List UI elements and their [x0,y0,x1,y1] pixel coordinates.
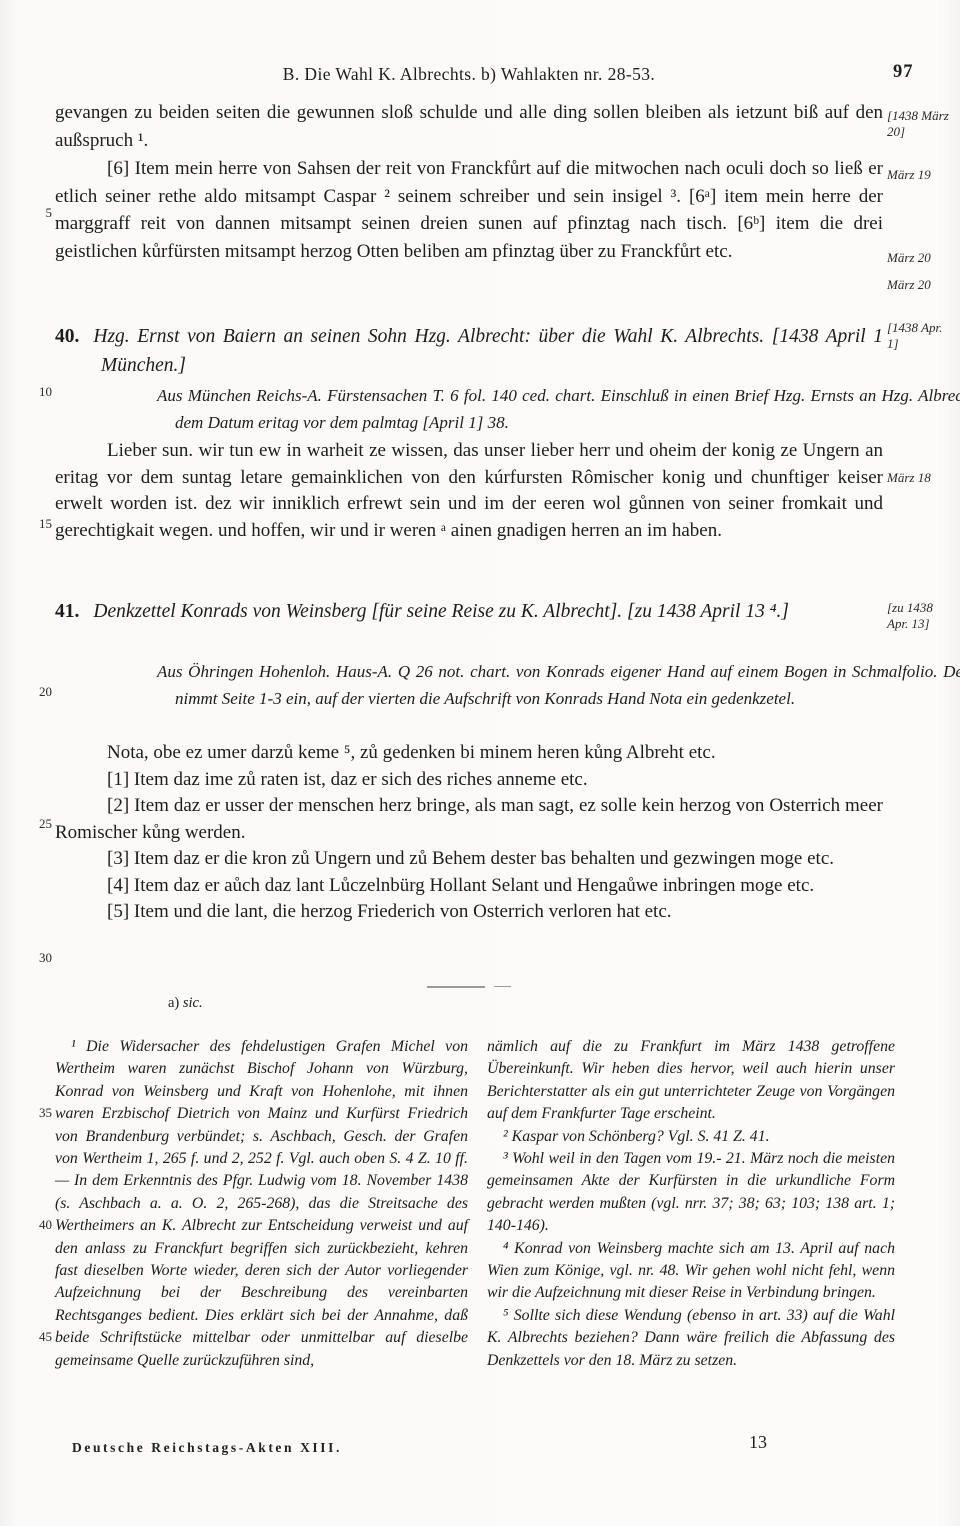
doc-40-heading: 40.Hzg. Ernst von Baiern an seinen Sohn … [55,322,883,380]
line-number: 10 [26,384,52,400]
line-number: 5 [26,205,52,221]
doc-41-title: Denkzettel Konrads von Weinsberg [für se… [93,601,789,622]
doc-40-source-note: Aus München Reichs-A. Fürstensachen T. 6… [175,382,960,436]
footnote-2: ² Kaspar von Schönberg? Vgl. S. 41 Z. 41… [487,1126,895,1148]
book-page: B. Die Wahl K. Albrechts. b) Wahlakten n… [0,0,960,1526]
doc-40-body: Lieber sun. wir tun ew in warheit ze wis… [55,438,883,544]
doc-41-number: 41. [55,601,93,622]
apparatus-text: sic. [183,995,203,1011]
line-number: 35 [26,1105,52,1121]
footnote-1-continued: nämlich auf die zu Frankfurt im März 143… [487,1036,895,1126]
doc-41-item-4: [4] Item daz er aůch daz lant Lůczelnbür… [55,873,883,900]
apparatus-divider [427,986,517,989]
doc-41-item-nota: Nota, obe ez umer darzů keme ⁵, zů geden… [55,740,883,767]
margin-date-note: März 18 [887,470,953,486]
series-title: Deutsche Reichstags-Akten XIII. [72,1440,342,1456]
footnote-3: ³ Wohl weil in den Tagen vom 19.- 21. Mä… [487,1148,895,1238]
line-number: 40 [26,1217,52,1233]
line-number: 25 [26,816,52,832]
footnote-4: ⁴ Konrad von Weinsberg machte sich am 13… [487,1238,895,1305]
apparatus-note: a) sic. [168,995,203,1012]
apparatus-label: a) [168,995,179,1011]
line-number: 15 [26,516,52,532]
doc-40-number: 40. [55,326,93,347]
margin-date-note: März 20 [887,250,953,266]
margin-date-note: März 20 [887,277,953,293]
page-number: 97 [893,62,914,83]
footnote-5: ⁵ Sollte sich diese Wendung (ebenso in a… [487,1305,895,1372]
paragraph-continuation: gevangen zu beiden seiten die gewunnen s… [55,99,883,154]
line-number: 45 [26,1329,52,1345]
doc-41-item-3: [3] Item daz er die kron zů Ungern und z… [55,846,883,873]
margin-date-note: [1438 Apr. 1] [887,320,953,352]
footnote-column-right: nämlich auf die zu Frankfurt im März 143… [487,1036,895,1372]
doc-41-item-2: [2] Item daz er usser der menschen herz … [55,793,883,846]
margin-date-note: März 19 [887,167,953,183]
running-head: B. Die Wahl K. Albrechts. b) Wahlakten n… [55,64,883,90]
doc-41-item-1: [1] Item daz ime zů raten ist, daz er si… [55,767,883,794]
doc-41-heading: 41.Denkzettel Konrads von Weinsberg [für… [55,597,883,626]
doc-41-items: Nota, obe ez umer darzů keme ⁵, zů geden… [55,740,883,926]
margin-date-note: [1438 März 20] [887,108,953,140]
footnote-column-left: ¹ Die Widersacher des fehdelustigen Graf… [55,1036,468,1372]
doc-41-item-5: [5] Item und die lant, die herzog Friede… [55,899,883,926]
doc-41-source-note: Aus Öhringen Hohenloh. Haus-A. Q 26 not.… [175,658,960,712]
margin-date-note: [zu 1438 Apr. 13] [887,600,939,632]
sheet-signature: 13 [749,1432,767,1453]
footnote-1: ¹ Die Widersacher des fehdelustigen Graf… [55,1036,468,1372]
paragraph-item-6: [6] Item mein herre von Sahsen der reit … [55,155,883,265]
doc-40-title: Hzg. Ernst von Baiern an seinen Sohn Hzg… [93,326,883,376]
line-number: 30 [26,950,52,966]
line-number: 20 [26,684,52,700]
